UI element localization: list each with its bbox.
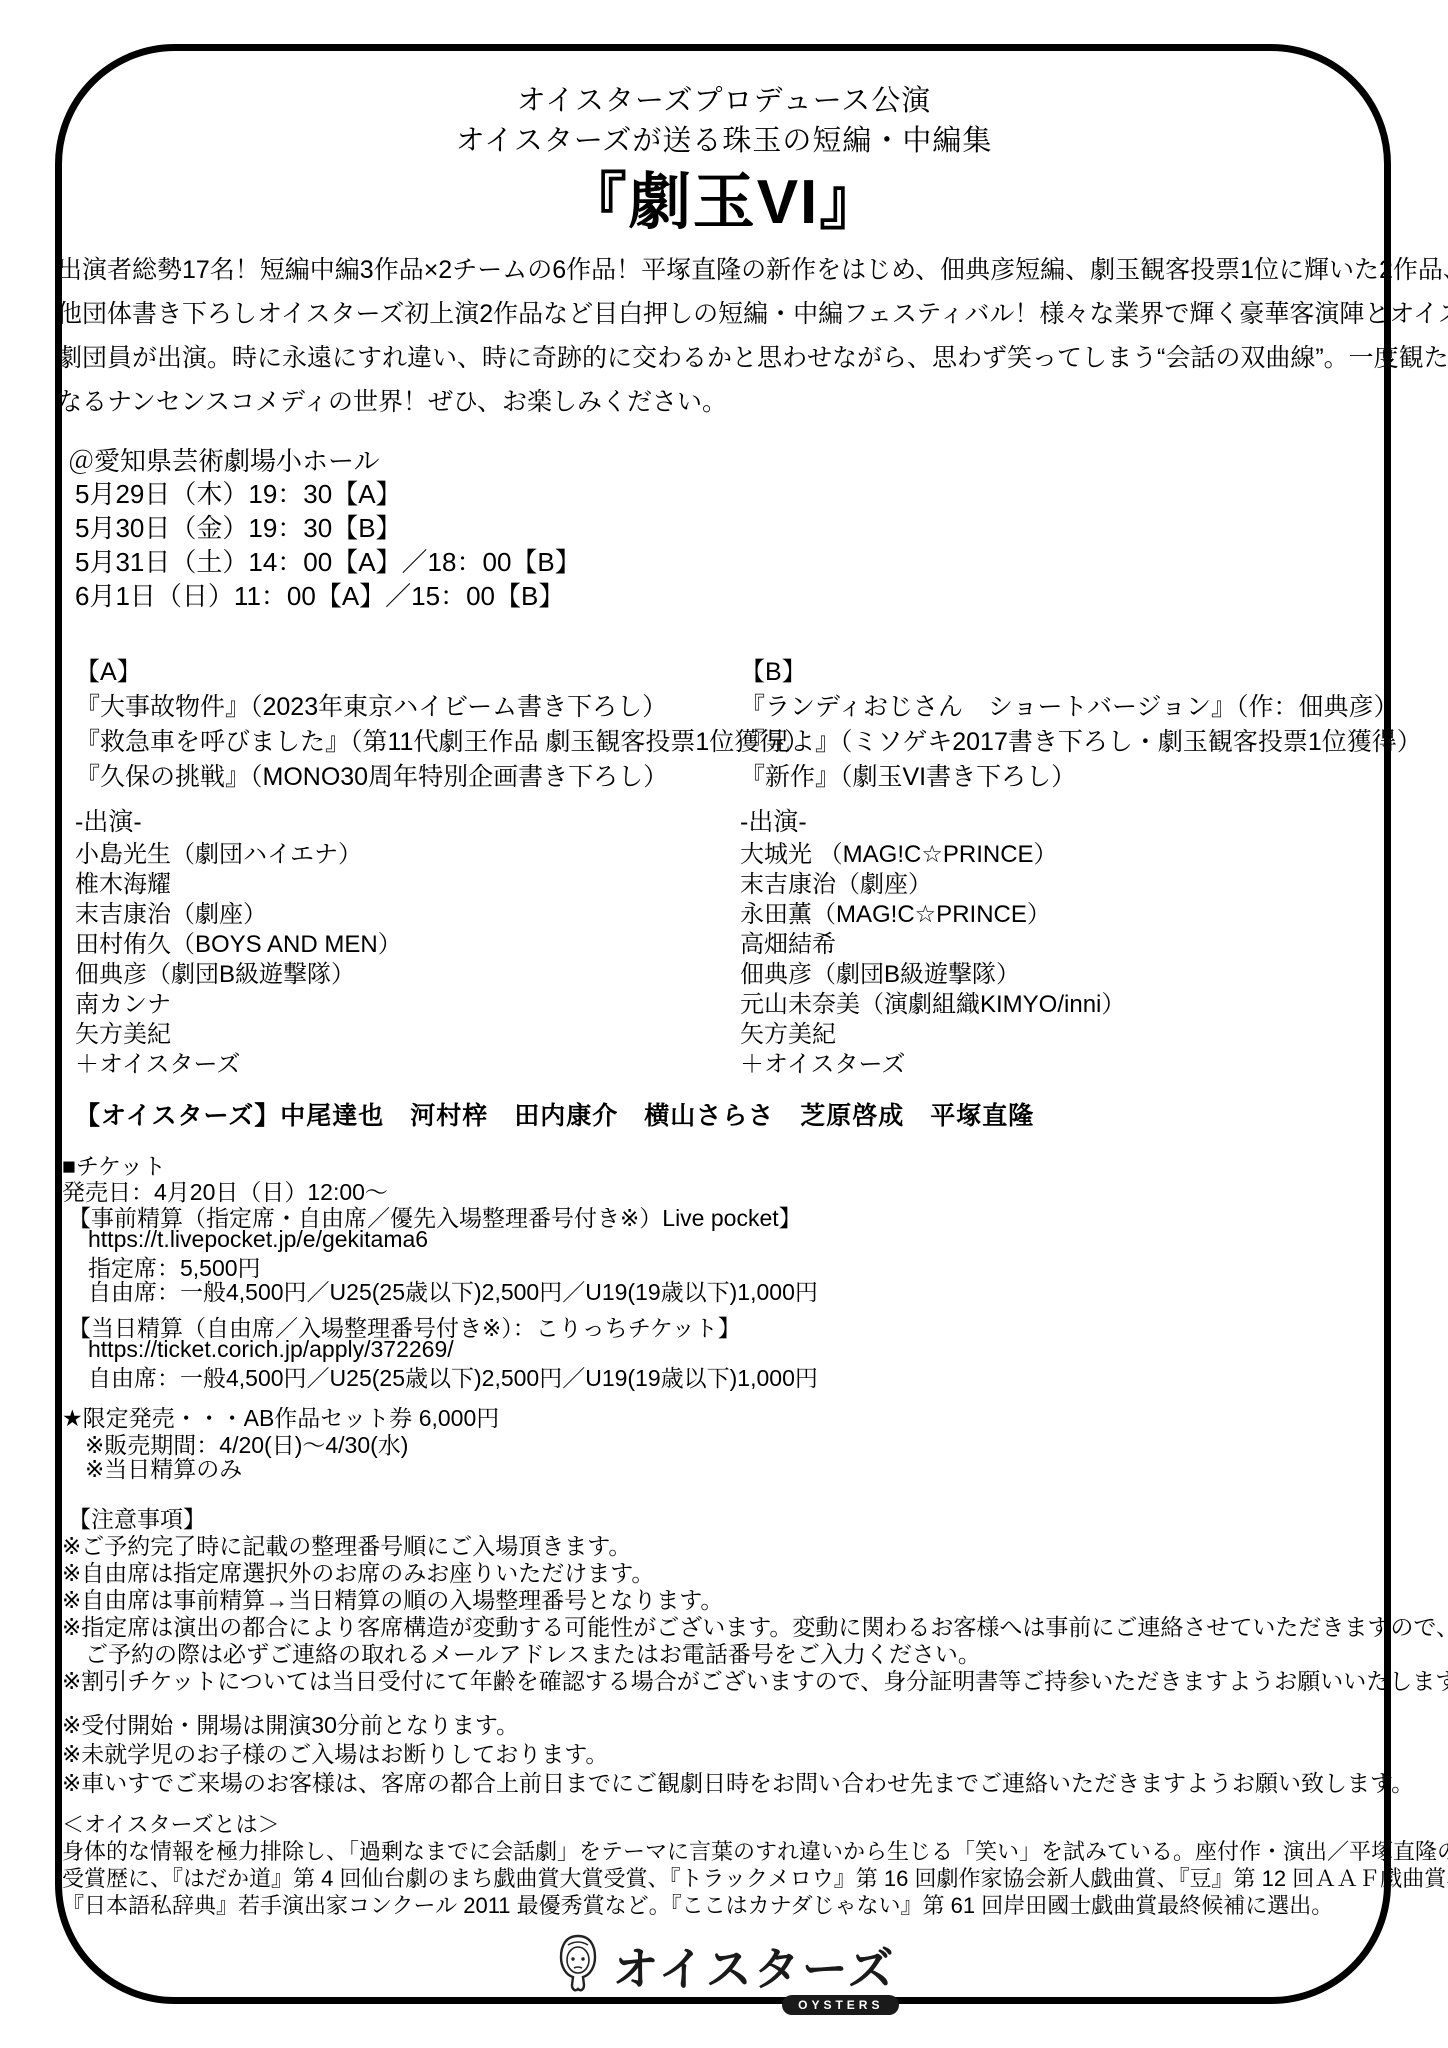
limited-sale-note: ※当日精算のみ [85, 1451, 242, 1484]
notes-heading: 【注意事項】 [68, 1506, 206, 1533]
flyer-page: オイスターズプロデュース公演 オイスターズが送る珠玉の短編・中編集 『劇玉VI』… [0, 0, 1448, 2048]
cast-member-b: 佃典彦（劇団B級遊撃隊） [740, 960, 1125, 990]
program-a: 【A】 『大事故物件』（2023年東京ハイビーム書き下ろし） 『救急車を呼びまし… [75, 655, 809, 795]
cast-a-heading: -出演- [75, 805, 142, 840]
note-item: ※ご予約完了時に記載の整理番号順にご入場頂きます。 [62, 1533, 1448, 1560]
about-line: 身体的な情報を極力排除し、「過剰なまでに会話劇」をテーマに言葉のすれ違いから生じ… [62, 1838, 1448, 1865]
schedule-item: 5月31日（土）14：00【A】／18：00【B】 [75, 545, 581, 579]
advance-free-price: 自由席：一般4,500円／U25(25歳以下)2,500円／U19(19歳以下)… [88, 1274, 818, 1307]
intro-line: 他団体書き下ろしオイスターズ初上演2作品など目白押しの短編・中編フェスティバル！… [57, 292, 1448, 336]
intro-paragraph: 出演者総勢17名！短編中編3作品×2チームの6作品！平塚直隆の新作をはじめ、佃典… [57, 248, 1448, 424]
cast-member-a: 南カンナ [75, 990, 402, 1020]
advance-url: https://t.livepocket.jp/e/gekitama6 [88, 1226, 428, 1253]
venue: ＠愛知県芸術劇場小ホール [68, 441, 379, 478]
note-item: ご予約の際は必ずご連絡の取れるメールアドレスまたはお電話番号をご入力ください。 [62, 1641, 1448, 1668]
about-text: 身体的な情報を極力排除し、「過剰なまでに会話劇」をテーマに言葉のすれ違いから生じ… [62, 1838, 1448, 1919]
schedule-item: 5月30日（金）19：30【B】 [75, 511, 581, 545]
schedule: 5月29日（木）19：30【A】 5月30日（金）19：30【B】 5月31日（… [75, 477, 581, 613]
note-item: ※未就学児のお子様のご入場はお断りしております。 [62, 1740, 1414, 1769]
oysters-logo: オイスターズ OYSTERS [0, 1933, 1448, 2000]
play-item-b: 『兄よ』（ミソゲキ2017書き下ろし・劇玉観客投票1位獲得） [740, 725, 1422, 760]
notes-list-2: ※受付開始・開場は開演30分前となります。 ※未就学児のお子様のご入場はお断りし… [62, 1711, 1414, 1798]
play-item-b: 『新作』（劇玉VI書き下ろし） [740, 760, 1422, 795]
play-item-a: 『大事故物件』（2023年東京ハイビーム書き下ろし） [75, 690, 809, 725]
cast-a: 小島光生（劇団ハイエナ） 椎木海耀 末吉康治（劇座） 田村侑久（BOYS AND… [75, 840, 402, 1080]
notes-list: ※ご予約完了時に記載の整理番号順にご入場頂きます。 ※自由席は指定席選択外のお席… [62, 1533, 1448, 1695]
oysters-members: 【オイスターズ】中尾達也 河村梓 田内康介 横山さらさ 芝原啓成 平塚直隆 [75, 1096, 1034, 1132]
intro-line: なるナンセンスコメディの世界！ぜひ、お楽しみください。 [57, 380, 1448, 424]
intro-line: 劇団員が出演。時に永遠にすれ違い、時に奇跡的に交わるかと思わせながら、思わず笑っ… [57, 336, 1448, 380]
cast-member-a: 小島光生（劇団ハイエナ） [75, 840, 402, 870]
cast-member-b: 大城光 （MAG!C☆PRINCE） [740, 840, 1125, 870]
note-item: ※自由席は事前精算→当日精算の順の入場整理番号となります。 [62, 1587, 1448, 1614]
cast-member-a: 佃典彦（劇団B級遊撃隊） [75, 960, 402, 990]
oysters-face-icon [553, 1933, 603, 2000]
play-item-b: 『ランディおじさん ショートバージョン』（作：佃典彦） [740, 690, 1422, 725]
note-item: ※割引チケットについては当日受付にて年齢を確認する場合がございますので、身分証明… [62, 1668, 1448, 1695]
cast-member-b: 元山未奈美（演劇組織KIMYO/inni） [740, 990, 1125, 1020]
intro-line: 出演者総勢17名！短編中編3作品×2チームの6作品！平塚直隆の新作をはじめ、佃典… [57, 248, 1448, 292]
about-line: 受賞歴に、『はだか道』第 4 回仙台劇のまち戯曲賞大賞受賞、『トラックメロウ』第… [62, 1865, 1448, 1892]
program-b-heading: 【B】 [740, 655, 1422, 690]
about-heading: ＜オイスターズとは＞ [62, 1811, 280, 1838]
sameday-free-price: 自由席：一般4,500円／U25(25歳以下)2,500円／U19(19歳以下)… [88, 1360, 818, 1393]
cast-member-b: 永田薫（MAG!C☆PRINCE） [740, 900, 1125, 930]
cast-member-a: 椎木海耀 [75, 870, 402, 900]
page-title: 『劇玉VI』 [0, 152, 1448, 241]
play-item-a: 『救急車を呼びました』（第11代劇王作品 劇玉観客投票1位獲得） [75, 725, 809, 760]
cast-member-b: 矢方美紀 [740, 1020, 1125, 1050]
schedule-item: 6月1日（日）11：00【A】／15：00【B】 [75, 579, 581, 613]
program-a-heading: 【A】 [75, 655, 809, 690]
cast-b: 大城光 （MAG!C☆PRINCE） 末吉康治（劇座） 永田薫（MAG!C☆PR… [740, 840, 1125, 1080]
header-line1: オイスターズプロデュース公演 [0, 78, 1448, 119]
note-item: ※車いすでご来場のお客様は、客席の都合上前日までにご観劇日時をお問い合わせ先まで… [62, 1769, 1414, 1798]
cast-member-a: 田村侑久（BOYS AND MEN） [75, 930, 402, 960]
cast-member-b: ＋オイスターズ [740, 1050, 1125, 1080]
sameday-url: https://ticket.corich.jp/apply/372269/ [88, 1336, 454, 1363]
note-item: ※指定席は演出の都合により客席構造が変動する可能性がございます。変動に関わるお客… [62, 1614, 1448, 1641]
note-item: ※受付開始・開場は開演30分前となります。 [62, 1711, 1414, 1740]
cast-member-a: 末吉康治（劇座） [75, 900, 402, 930]
about-line: 『日本語私辞典』若手演出家コンクール 2011 最優秀賞など。『ここはカナダじゃ… [62, 1892, 1448, 1919]
program-b: 【B】 『ランディおじさん ショートバージョン』（作：佃典彦） 『兄よ』（ミソゲ… [740, 655, 1422, 795]
note-item: ※自由席は指定席選択外のお席のみお座りいただけます。 [62, 1560, 1448, 1587]
oysters-logo-badge: OYSTERS [782, 1995, 899, 2015]
play-item-a: 『久保の挑戦』（MONO30周年特別企画書き下ろし） [75, 760, 809, 795]
schedule-item: 5月29日（木）19：30【A】 [75, 477, 581, 511]
cast-b-heading: -出演- [740, 805, 807, 840]
cast-member-b: 末吉康治（劇座） [740, 870, 1125, 900]
cast-member-b: 高畑結希 [740, 930, 1125, 960]
oysters-logo-text: オイスターズ [613, 1943, 896, 1995]
cast-member-a: ＋オイスターズ [75, 1050, 402, 1080]
cast-member-a: 矢方美紀 [75, 1020, 402, 1050]
